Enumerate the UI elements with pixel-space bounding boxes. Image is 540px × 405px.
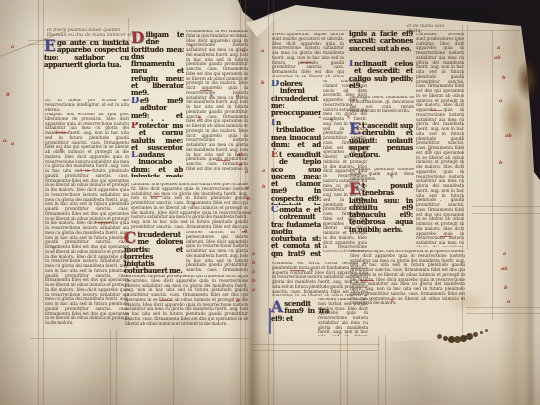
paraph-mark: · bbox=[420, 60, 422, 65]
ruling-line-vertical bbox=[340, 330, 341, 405]
paraph-mark: ¶ bbox=[428, 150, 431, 155]
main-dolores-inferni: Dolores inferni circudederut me: preoccu… bbox=[271, 80, 321, 118]
margin-reference-letter: ab bbox=[501, 267, 508, 272]
paraph-mark: ¶ bbox=[52, 248, 55, 253]
margin-reference-letter: b bbox=[252, 261, 256, 266]
margin-reference-letter: a bbox=[11, 142, 14, 147]
gloss-preoccupaverunt: Preoccupauerunt. laquei mortis sunt insi… bbox=[272, 33, 344, 77]
rubric-underline bbox=[95, 222, 111, 223]
margin-reference-letter: a bbox=[262, 169, 265, 174]
rubric-underline bbox=[300, 62, 312, 63]
ink-stain bbox=[437, 334, 442, 339]
paraph-mark: · bbox=[238, 142, 240, 147]
gloss-preoccupaverunt-text: Preoccupauerunt. laquei mortis sunt insi… bbox=[272, 33, 344, 77]
gloss-carbones: Carbones. accensi sunt predicatores igne… bbox=[416, 33, 464, 247]
paraph-mark: · bbox=[86, 290, 88, 295]
binding-edge-fuzz bbox=[516, 58, 538, 102]
margin-reference-letter: b bbox=[262, 185, 266, 190]
rubric-underline bbox=[440, 236, 452, 237]
main-ascendit-fumus-initial: A bbox=[271, 300, 283, 314]
main-laudans-initial: L bbox=[131, 151, 137, 159]
manuscript-photograph: In finem psalmus dauid quando liberauit … bbox=[0, 0, 540, 405]
main-ego-autem-text: go aute cu iusticia apparebo cospectui t… bbox=[44, 39, 129, 69]
margin-reference-letter: a bbox=[236, 94, 239, 99]
ruling-line-horizontal bbox=[472, 213, 540, 214]
ruling-line-vertical bbox=[385, 335, 386, 405]
margin-reference-letter: a bbox=[252, 270, 255, 275]
rubric-underline bbox=[216, 160, 230, 161]
ruling-line-vertical bbox=[347, 330, 348, 405]
ruling-line-vertical bbox=[116, 330, 117, 405]
ruling-line-vertical bbox=[467, 25, 468, 250]
gloss-dolores-mortis-text: Dolores mortis. id est persecutores qui … bbox=[186, 231, 248, 273]
main-protector-text: rotector ms et cornu salutis mee: et sus… bbox=[131, 122, 183, 150]
main-circumdederunt-initial: C bbox=[124, 231, 136, 245]
rubric-underline bbox=[290, 270, 304, 271]
margin-reference-letter: a bbox=[248, 211, 251, 216]
margin-reference-letter: ab bbox=[505, 134, 512, 139]
main-deus-meus: De9 me9 adiutor me9: et sperabo in eu. bbox=[131, 97, 183, 121]
margin-reference-letter: a bbox=[244, 229, 247, 234]
paraph-mark: ¶ bbox=[310, 270, 313, 275]
main-et-exaudivit-initial: E bbox=[271, 151, 278, 159]
paraph-mark: · bbox=[70, 180, 72, 185]
paraph-mark: ¶ bbox=[347, 117, 350, 122]
gloss-firmamentum-text: Firmamentu. id est stabilitas fidei in q… bbox=[186, 30, 248, 170]
margin-reference-letter: b bbox=[504, 286, 508, 291]
main-inclinavit-initial: I bbox=[349, 60, 353, 68]
paraph-mark: · bbox=[360, 258, 362, 263]
main-in-tribulatione-initial: I bbox=[271, 119, 275, 127]
rubric-underline bbox=[200, 90, 212, 91]
paraph-mark: ¶ bbox=[390, 300, 393, 305]
paraph-mark: · bbox=[440, 200, 442, 205]
paraph-mark: · bbox=[140, 188, 142, 193]
margin-reference-letter: a bbox=[499, 99, 502, 104]
ruling-line-vertical bbox=[492, 30, 493, 320]
main-et-posuit-initial: E bbox=[349, 182, 361, 196]
margin-reference-letter: a bbox=[239, 163, 242, 168]
main-ascendit-cherubin: Et ascendit sup cherubin et uolauit: uol… bbox=[349, 122, 413, 166]
ruling-line-horizontal bbox=[252, 344, 380, 345]
main-et-exaudivit: Et exaudiuit de teplo sco suo uocem mea:… bbox=[271, 151, 321, 205]
margin-reference-letter: b bbox=[499, 161, 503, 166]
gloss-carbones-text: Carbones. accensi sunt predicatores igne… bbox=[416, 33, 464, 247]
margin-reference-letter: a bbox=[245, 170, 248, 175]
margin-reference-letter: a bbox=[503, 252, 506, 257]
margin-reference-letter: b bbox=[236, 299, 240, 304]
paraph-mark: ¶ bbox=[190, 46, 193, 51]
main-in-tribulatione-text: n tribulatioe mea inuocaui dnm: et ad dm… bbox=[271, 119, 321, 150]
margin-reference-letter: a bbox=[261, 49, 264, 54]
main-ignis-text: ignis a facie ei9 exarsit: carbones succ… bbox=[349, 30, 413, 53]
gloss-tenebrosa: Tenebrosa aqua. obscura sapientia in pro… bbox=[350, 250, 465, 316]
paraph-mark: · bbox=[300, 40, 302, 45]
margin-reference-letter: a bbox=[246, 186, 249, 191]
gloss-inclinavit: Inclinauit celos. humiliauit se in incar… bbox=[350, 96, 414, 120]
ruling-line-horizontal bbox=[252, 350, 378, 351]
paraph-mark: ¶ bbox=[192, 204, 195, 209]
ruling-line-vertical bbox=[378, 335, 379, 405]
main-ego-autem: Ego aute cu iusticia apparebo cospectui … bbox=[44, 39, 129, 97]
main-commota-est-text: omota e et cotremuit tra: fudameta motiu… bbox=[271, 206, 321, 258]
rubric-underline bbox=[430, 110, 442, 111]
ruling-line-horizontal bbox=[466, 313, 540, 314]
main-protector: Protector ms et cornu salutis mee: et su… bbox=[131, 122, 183, 150]
gloss-laudans: Laudans. non quelibet inuocatio saluat s… bbox=[131, 183, 248, 229]
gloss-in-finem-text: Gl. In finem: pro octaua die resurrectio… bbox=[45, 99, 129, 111]
margin-reference-letter: b bbox=[261, 81, 265, 86]
main-et-exaudivit-text: t exaudiuit de teplo sco suo uocem mea: … bbox=[271, 151, 321, 205]
rubric-underline bbox=[360, 280, 374, 281]
gloss-cherubin-text: Cherubin. plenitudo scientie super quam … bbox=[350, 168, 414, 180]
margin-reference-letter: a bbox=[497, 46, 500, 51]
margin-reference-letter: a bbox=[11, 45, 14, 50]
main-diligam-initial: D bbox=[131, 31, 144, 45]
ruling-line-vertical bbox=[110, 330, 111, 405]
main-circumdederunt: Circudederut me dolores mortis: et torre… bbox=[124, 231, 183, 273]
paraph-mark: ¶ bbox=[60, 150, 63, 155]
main-inclinavit: Inclinauit celos et descedit: et caligo … bbox=[349, 60, 413, 92]
main-commota-est: Comota e et cotremuit tra: fudameta moti… bbox=[271, 206, 321, 258]
gloss-inclinavit-text: Inclinauit celos. humiliauit se in incar… bbox=[350, 96, 414, 114]
gloss-in-finem: Gl. In finem: pro octaua die resurrectio… bbox=[45, 99, 129, 111]
margin-reference-letter: b bbox=[502, 76, 506, 81]
paraph-mark: · bbox=[177, 217, 179, 222]
gloss-dolores-mortis: Dolores mortis. id est persecutores qui … bbox=[186, 231, 248, 273]
rubric-underline bbox=[150, 196, 162, 197]
main-et-posuit: Et posuit tenebras latibulu suu: in circ… bbox=[349, 182, 413, 244]
gloss-left-column: Diligam. uox ecclesie ad xpm post libera… bbox=[45, 113, 129, 337]
right-header-note: et de manu saul dixitq; bbox=[407, 24, 455, 33]
main-dolores-inferni-initial: D bbox=[271, 80, 279, 88]
main-deus-meus-initial: D bbox=[131, 97, 139, 105]
margin-reference-letter: a bbox=[507, 300, 510, 305]
paraph-mark: ¶ bbox=[210, 96, 213, 101]
rubric-underline bbox=[160, 300, 172, 301]
paraph-mark: ¶ bbox=[330, 120, 333, 125]
paraph-mark: · bbox=[224, 76, 226, 81]
ruling-line-horizontal bbox=[466, 307, 540, 308]
margin-reference-letter: 8 bbox=[6, 93, 9, 98]
margin-reference-letter: ab bbox=[494, 56, 501, 61]
paraph-mark: ¶ bbox=[390, 176, 393, 181]
margin-reference-letter: a bbox=[252, 288, 255, 293]
margin-reference-letter: b bbox=[252, 279, 256, 284]
main-ignis: ignis a facie ei9 exarsit: carbones succ… bbox=[349, 30, 413, 58]
left-header-note-text: In finem psalmus dauid quando liberauit … bbox=[47, 28, 135, 38]
main-ego-autem-initial: E bbox=[44, 39, 56, 53]
main-inclinavit-text: nclinauit celos et descedit: et caligo s… bbox=[349, 60, 413, 90]
ruling-line-vertical bbox=[38, 0, 39, 405]
paraph-mark: ¶ bbox=[352, 100, 355, 105]
main-in-tribulatione: In tribulatioe mea inuocaui dnm: et ad d… bbox=[271, 119, 321, 150]
ruling-line-horizontal bbox=[30, 338, 250, 339]
ruling-line-vertical bbox=[173, 335, 174, 405]
rubric-underline bbox=[80, 170, 92, 171]
gloss-torrentes-text: Torrentes. impetus persequentiu qui tran… bbox=[125, 275, 248, 325]
main-protector-initial: P bbox=[131, 122, 138, 130]
paraph-mark: ¶ bbox=[198, 118, 201, 123]
gloss-torrentes: Torrentes. impetus persequentiu qui tran… bbox=[125, 275, 248, 325]
gloss-firmamentum: Firmamentu. id est stabilitas fidei in q… bbox=[186, 30, 248, 170]
rubric-underline bbox=[55, 132, 69, 133]
gloss-tenebrosa-text: Tenebrosa aqua. obscura sapientia in pro… bbox=[350, 250, 465, 306]
margin-reference-letter: a. bbox=[3, 139, 8, 144]
main-diligam: Diligam te dne fortitudo mea: dns firmam… bbox=[131, 31, 184, 95]
gloss-cherubin: Cherubin. plenitudo scientie super quam … bbox=[350, 168, 414, 180]
gloss-laudans-text: Laudans. non quelibet inuocatio saluat s… bbox=[131, 183, 248, 229]
main-laudans: Laudans inuocabo dnm: et ab inimicis mei… bbox=[131, 151, 183, 177]
paraph-mark: · bbox=[98, 205, 100, 210]
margin-reference-letter: ab bbox=[237, 153, 244, 158]
ruling-line-horizontal bbox=[472, 206, 540, 207]
main-ascendit-cherubin-initial: E bbox=[349, 122, 361, 136]
main-commota-est-initial: C bbox=[271, 206, 278, 214]
main-laudans-text: audans inuocabo dnm: et ab inimicis meis… bbox=[131, 151, 183, 177]
margin-reference-letter: a bbox=[242, 49, 245, 54]
margin-reference-letter: a bbox=[252, 252, 255, 257]
margin-reference-letter: b bbox=[247, 197, 251, 202]
main-ascendit-fumus-initial-flourish bbox=[269, 308, 271, 334]
